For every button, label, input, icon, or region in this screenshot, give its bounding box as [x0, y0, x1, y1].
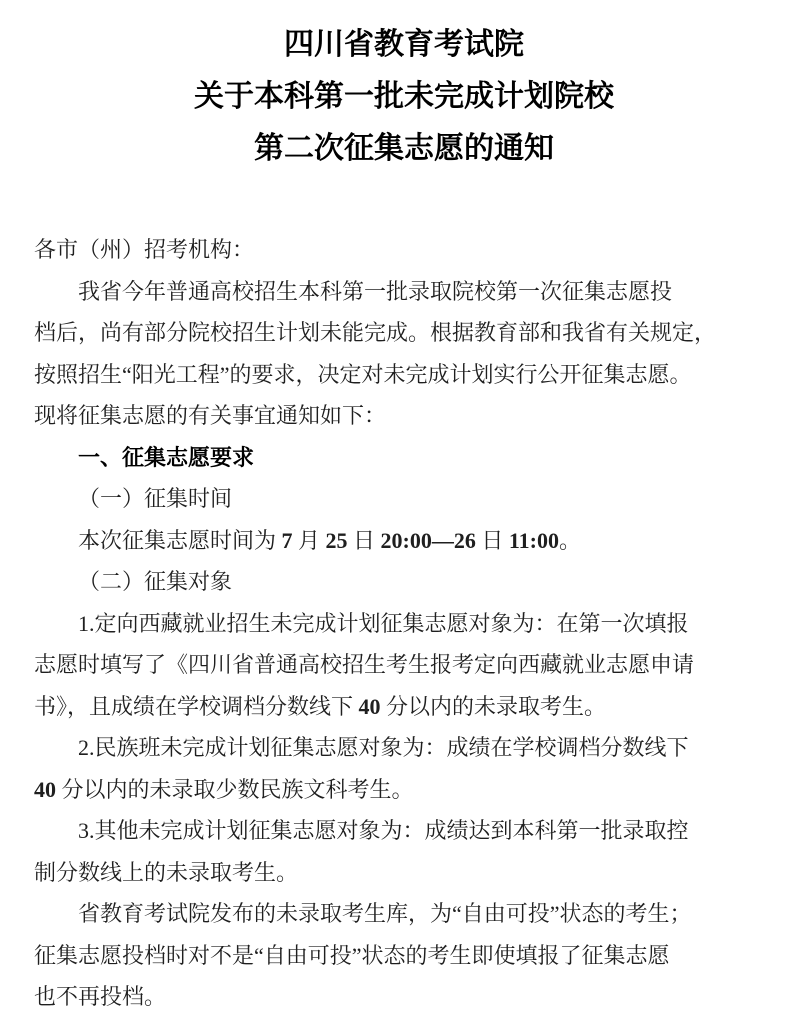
body-line-number: 20:00—26 [381, 528, 476, 553]
body-line-text: 日 [476, 528, 509, 553]
body-line-text: 现将征集志愿的有关事宜通知如下： [34, 403, 386, 428]
body-line: （一）征集时间 [34, 478, 774, 520]
title-line-2: 关于本科第一批未完成计划院校 [34, 71, 774, 123]
body-line: 制分数线上的未录取考生。 [34, 852, 774, 894]
body-line-text: 2.民族班未完成计划征集志愿对象为：成绩在学校调档分数线下 [78, 735, 689, 760]
body-line-text: 分以内的未录取少数民族文科考生。 [56, 777, 414, 802]
body-line: 档后，尚有部分院校招生计划未能完成。根据教育部和我省有关规定， [34, 312, 774, 354]
body-line-text: 3.其他未完成计划征集志愿对象为：成绩达到本科第一批录取控 [78, 818, 689, 843]
body-line: 1.定向西藏就业招生未完成计划征集志愿对象为：在第一次填报 [34, 603, 774, 645]
body-line: 我省今年普通高校招生本科第一批录取院校第一次征集志愿投 [34, 271, 774, 313]
body-line-number: 40 [34, 777, 56, 802]
body-line: 省教育考试院发布的未录取考生库，为“自由可投”状态的考生； [34, 893, 774, 935]
body-line-number: 25 [326, 528, 348, 553]
body-line: 志愿时填写了《四川省普通高校招生考生报考定向西藏就业志愿申请 [34, 644, 774, 686]
body-line: 按照招生“阳光工程”的要求，决定对未完成计划实行公开征集志愿。 [34, 354, 774, 396]
body-line-text: 按照招生“阳光工程”的要求，决定对未完成计划实行公开征集志愿。 [34, 362, 692, 387]
body-line-text: 也不再投档。 [34, 984, 166, 1009]
body-line: 各市（州）招考机构： [34, 229, 774, 271]
body-line-text: 档后，尚有部分院校招生计划未能完成。根据教育部和我省有关规定， [34, 320, 716, 345]
body-line-text: 志愿时填写了《四川省普通高校招生考生报考定向西藏就业志愿申请 [34, 652, 694, 677]
document-title: 四川省教育考试院 关于本科第一批未完成计划院校 第二次征集志愿的通知 [34, 19, 774, 175]
body-line-text: 制分数线上的未录取考生。 [34, 860, 298, 885]
body-line: 2.民族班未完成计划征集志愿对象为：成绩在学校调档分数线下 [34, 727, 774, 769]
body-line: 征集志愿投档时对不是“自由可投”状态的考生即使填报了征集志愿 [34, 935, 774, 977]
body-line-text: 本次征集志愿时间为 [78, 528, 282, 553]
title-line-1: 四川省教育考试院 [34, 19, 774, 71]
body-line-text: 一、征集志愿要求 [78, 445, 254, 470]
body-line-text: 省教育考试院发布的未录取考生库，为“自由可投”状态的考生； [78, 901, 692, 926]
body-line-text: 日 [348, 528, 381, 553]
body-line-text: 1.定向西藏就业招生未完成计划征集志愿对象为：在第一次填报 [78, 611, 689, 636]
body-line-text: 月 [293, 528, 326, 553]
document-body: 各市（州）招考机构：我省今年普通高校招生本科第一批录取院校第一次征集志愿投档后，… [34, 229, 774, 1016]
body-line: 也不再投档。 [34, 976, 774, 1016]
body-line-text: 。 [559, 528, 581, 553]
body-line-text: 书》，且成绩在学校调档分数线下 [34, 694, 359, 719]
body-line-number: 7 [282, 528, 293, 553]
body-line-text: 分以内的未录取考生。 [381, 694, 607, 719]
body-line: 40 分以内的未录取少数民族文科考生。 [34, 769, 774, 811]
body-line: 3.其他未完成计划征集志愿对象为：成绩达到本科第一批录取控 [34, 810, 774, 852]
body-line-number: 40 [359, 694, 381, 719]
body-line-text: （一）征集时间 [78, 486, 232, 511]
body-line-text: （二）征集对象 [78, 569, 232, 594]
body-line-text: 各市（州）招考机构： [34, 237, 254, 262]
body-line: 一、征集志愿要求 [34, 437, 774, 479]
title-line-3: 第二次征集志愿的通知 [34, 123, 774, 175]
body-line: 本次征集志愿时间为 7 月 25 日 20:00—26 日 11:00。 [34, 520, 774, 562]
body-line-number: 11:00 [509, 528, 559, 553]
body-line: 书》，且成绩在学校调档分数线下 40 分以内的未录取考生。 [34, 686, 774, 728]
body-line-text: 我省今年普通高校招生本科第一批录取院校第一次征集志愿投 [78, 279, 672, 304]
body-line: （二）征集对象 [34, 561, 774, 603]
body-line-text: 征集志愿投档时对不是“自由可投”状态的考生即使填报了征集志愿 [34, 943, 670, 968]
body-line: 现将征集志愿的有关事宜通知如下： [34, 395, 774, 437]
notice-document: 四川省教育考试院 关于本科第一批未完成计划院校 第二次征集志愿的通知 各市（州）… [0, 0, 800, 1016]
